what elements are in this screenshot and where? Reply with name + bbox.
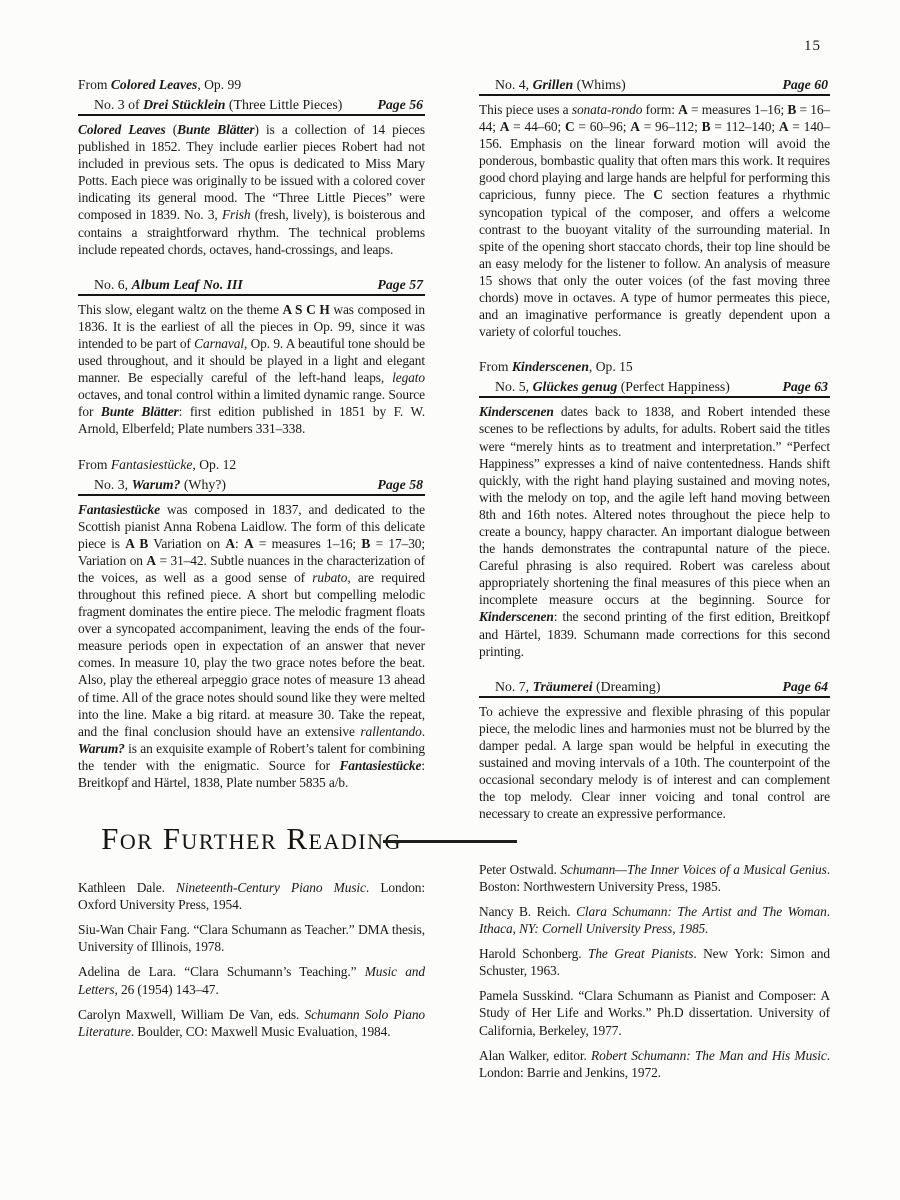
section-title: No. 4, Grillen (Whims) [495,76,626,93]
piece-section-album-leaf: No. 6, Album Leaf No. III Page 57 This s… [78,276,425,438]
section-commentary: Kinderscenen dates back to 1838, and Rob… [479,403,830,659]
section-intro: From Kinderscenen, Op. 15 [479,358,830,375]
right-column: No. 4, Grillen (Whims) Page 60 This piec… [479,76,830,1089]
bibliography-entry: Pamela Susskind. “Clara Schumann as Pian… [479,987,830,1038]
bibliography-entry: Kathleen Dale. Nineteenth-Century Piano … [78,879,425,913]
section-commentary: Fantasiestücke was composed in 1837, and… [78,501,425,792]
section-intro: From Fantasiestücke, Op. 12 [78,456,425,473]
section-header: No. 3, Warum? (Why?) Page 58 [78,476,425,496]
section-commentary: To achieve the expressive and flexible p… [479,703,830,823]
section-page-ref: Page 60 [782,76,828,93]
section-header: No. 3 of Drei Stücklein (Three Little Pi… [78,96,425,116]
piece-section-glueckes-genug: From Kinderscenen, Op. 15 No. 5, Glückes… [479,358,830,659]
section-title: No. 6, Album Leaf No. III [94,276,243,293]
main-columns: From Colored Leaves, Op. 99 No. 3 of Dre… [78,76,830,1089]
section-commentary: This piece uses a sonata-rondo form: A =… [479,101,830,340]
section-title: No. 3 of Drei Stücklein (Three Little Pi… [94,96,342,113]
further-reading-heading: For Further Reading [78,821,425,857]
piece-section-drei-stucklein: From Colored Leaves, Op. 99 No. 3 of Dre… [78,76,425,258]
section-header: No. 6, Album Leaf No. III Page 57 [78,276,425,296]
bibliography-entry: Peter Ostwald. Schumann—The Inner Voices… [479,861,830,895]
bibliography-left: Kathleen Dale. Nineteenth-Century Piano … [78,879,425,1040]
section-page-ref: Page 63 [782,378,828,395]
section-title: No. 5, Glückes genug (Perfect Happiness) [495,378,730,395]
section-title: No. 7, Träumerei (Dreaming) [495,678,660,695]
bibliography-entry: Adelina de Lara. “Clara Schumann’s Teach… [78,963,425,997]
bibliography-entry: Carolyn Maxwell, William De Van, eds. Sc… [78,1006,425,1040]
bibliography-entry: Nancy B. Reich. Clara Schumann: The Arti… [479,903,830,937]
page-number: 15 [804,38,821,55]
section-header: No. 4, Grillen (Whims) Page 60 [479,76,830,96]
section-commentary: This slow, elegant waltz on the theme A … [78,301,425,438]
section-page-ref: Page 57 [377,276,423,293]
section-divider-rule [383,840,517,842]
section-page-ref: Page 64 [782,678,828,695]
bibliography-entry: Harold Schonberg. The Great Pianists. Ne… [479,945,830,979]
piece-section-traeumerei: No. 7, Träumerei (Dreaming) Page 64 To a… [479,678,830,823]
piece-section-grillen: No. 4, Grillen (Whims) Page 60 This piec… [479,76,830,340]
piece-section-warum: From Fantasiestücke, Op. 12 No. 3, Warum… [78,456,425,792]
bibliography-entry: Siu-Wan Chair Fang. “Clara Schumann as T… [78,921,425,955]
section-intro: From Colored Leaves, Op. 99 [78,76,425,93]
scanned-book-page: 15 From Colored Leaves, Op. 99 No. 3 of … [0,0,900,1200]
section-page-ref: Page 56 [377,96,423,113]
left-column: From Colored Leaves, Op. 99 No. 3 of Dre… [78,76,425,1089]
section-page-ref: Page 58 [377,476,423,493]
section-title: No. 3, Warum? (Why?) [94,476,226,493]
bibliography-entry: Alan Walker, editor. Robert Schumann: Th… [479,1047,830,1081]
section-header: No. 5, Glückes genug (Perfect Happiness)… [479,378,830,398]
bibliography-right: Peter Ostwald. Schumann—The Inner Voices… [479,861,830,1081]
section-commentary: Colored Leaves (Bunte Blätter) is a coll… [78,121,425,258]
section-header: No. 7, Träumerei (Dreaming) Page 64 [479,678,830,698]
